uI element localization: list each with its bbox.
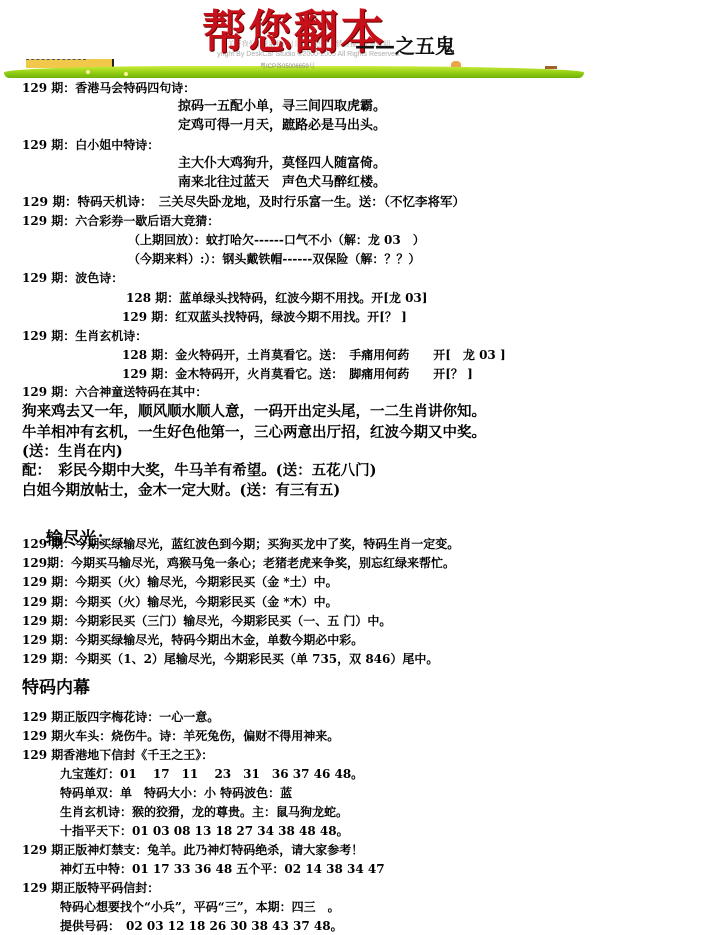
insider-subline: 九宝莲灯：01 17 11 23 31 36 37 46 48。 bbox=[60, 766, 363, 782]
poem-line: (送：生肖在内) bbox=[22, 442, 123, 462]
poem-line: 掠码一五配小单，寻三间四取虎霸。 bbox=[178, 99, 386, 115]
section-heading: 特码内幕 bbox=[22, 677, 90, 699]
poem-line: 狗来鸡去又一年，顺风顺水顺人意，一码开出定头尾，一二生肖讲你知。 bbox=[22, 402, 486, 422]
poem-line: 主大仆大鸡狗升，莫怪四人随富倚。 bbox=[178, 156, 386, 172]
log-icon bbox=[545, 66, 557, 69]
color-poem-line: 129 期：红双蓝头找特码，绿波今期不用找。开[？ ] bbox=[122, 309, 407, 325]
lose-line: 129 期：今期买（1、2）尾输尽光，今期彩民买（单 735，双 846）尾中。 bbox=[22, 651, 438, 667]
flower-icon bbox=[124, 72, 128, 76]
insider-subline: 特码单双：单 特码大小：小 特码波色：蓝 bbox=[60, 785, 292, 801]
insider-line: 129 期香港地下信封《千王之王》： bbox=[22, 747, 213, 763]
color-poem-line: 128 期：蓝单绿头找特码，红波今期不用找。开[龙 03] bbox=[126, 290, 427, 306]
insider-subline: 十指平天下：01 03 08 13 18 27 34 38 48 48。 bbox=[60, 823, 349, 839]
riddle-line: （上期回放）：蚊打哈欠------口气不小（解：龙 03 ） bbox=[128, 232, 425, 248]
poem-line: 南来北往过蓝天 声色犬马醉红楼。 bbox=[178, 175, 386, 191]
banner-subtitle: ——之五鬼 bbox=[355, 30, 455, 59]
riddle-line: （今期来料）:）：钢头戴铁帽------双保险（解：？？） bbox=[128, 251, 420, 267]
insider-line: 129 期正版神灯禁支：兔羊。此乃神灯特码绝杀，请大家参考！ bbox=[22, 842, 363, 858]
zodiac-poem-line: 128 期：金火特码开，土肖莫看它。送： 手痛用何药 开[ 龙 03 ] bbox=[122, 347, 506, 363]
banner-dash-line bbox=[26, 59, 86, 60]
flower-icon bbox=[86, 70, 90, 74]
insider-line: 129 期正版特平码信封： bbox=[22, 880, 159, 896]
lose-line: 129 期：今期买绿输尽光，蓝红波色到今期；买狗买龙中了奖，特码生肖一定变。 bbox=[22, 536, 459, 552]
insider-line: 129 期正版四字梅花诗：一心一意。 bbox=[22, 709, 219, 725]
zodiac-poem-line: 129 期：金木特码开，火肖莫看它。送： 脚痛用何药 开[？ ] bbox=[122, 366, 473, 382]
insider-subline: 神灯五中特：01 17 33 36 48 五个平：02 14 38 34 47 bbox=[60, 861, 385, 877]
lose-line: 129 期：今期买（火）输尽光，今期彩民买（金 *土）中。 bbox=[22, 574, 338, 590]
insider-subline: 特码心想要找个“小兵”，平码“三”，本期：四三 。 bbox=[60, 899, 340, 915]
hut-icon bbox=[451, 61, 461, 67]
item-heading: 129 期：六合神童送特码在其中： bbox=[22, 384, 207, 400]
lose-line: 129 期：今期买（火）输尽光，今期彩民买（金 *木）中。 bbox=[22, 594, 338, 610]
item-heading: 129 期：香港马会特码四句诗： bbox=[22, 80, 195, 96]
banner-icp: 粤ICP备05006659号 bbox=[260, 61, 315, 70]
header-banner: 关于我们 | 联系我们 | 网站地图 | 友情链接 | 免责声明 yright … bbox=[0, 0, 600, 80]
poem-line: 配： 彩民今期中大奖，牛马羊有希望。(送：五花八门) bbox=[22, 461, 376, 481]
insider-subline: 提供号码： 02 03 12 18 26 30 38 43 37 48。 bbox=[60, 918, 343, 934]
poem-line: 定鸡可得一月天，蹠路必是马出头。 bbox=[178, 118, 386, 134]
lose-line: 129 期：今期买绿输尽光，特码今期出木金，单数今期必中彩。 bbox=[22, 632, 363, 648]
poem-line: 牛羊相冲有玄机，一生好色他第一，三心两意出厅招，红波今期又中奖。 bbox=[22, 423, 486, 443]
item-heading: 129 期：白小姐中特诗： bbox=[22, 137, 159, 153]
insider-line: 129 期火车头：烧伤牛。诗：羊死兔伤，偏财不得用神来。 bbox=[22, 728, 339, 744]
lose-line: 129 期：今期彩民买（三门）输尽光，今期彩民买（一、五 门）中。 bbox=[22, 613, 391, 629]
insider-subline: 生肖玄机诗：猴的狡猾，龙的尊贵。主：鼠马狗龙蛇。 bbox=[60, 804, 348, 820]
poem-line: 白姐今期放帖士，金木一定大财。(送：有三有五) bbox=[22, 481, 340, 501]
item-heading: 129 期：特码天机诗： 三关尽失卧龙地，及时行乐富一生。送：（不忆李将军） bbox=[22, 194, 465, 210]
item-heading: 129 期：生肖玄机诗： bbox=[22, 328, 147, 344]
lose-line: 129期：今期买马输尽光，鸡猴马兔一条心；老猪老虎来争奖，别忘红绿来帮忙。 bbox=[22, 555, 455, 571]
item-heading: 129 期：波色诗： bbox=[22, 270, 123, 286]
item-heading: 129 期：六合彩券一歇后语大竞猜： bbox=[22, 213, 219, 229]
